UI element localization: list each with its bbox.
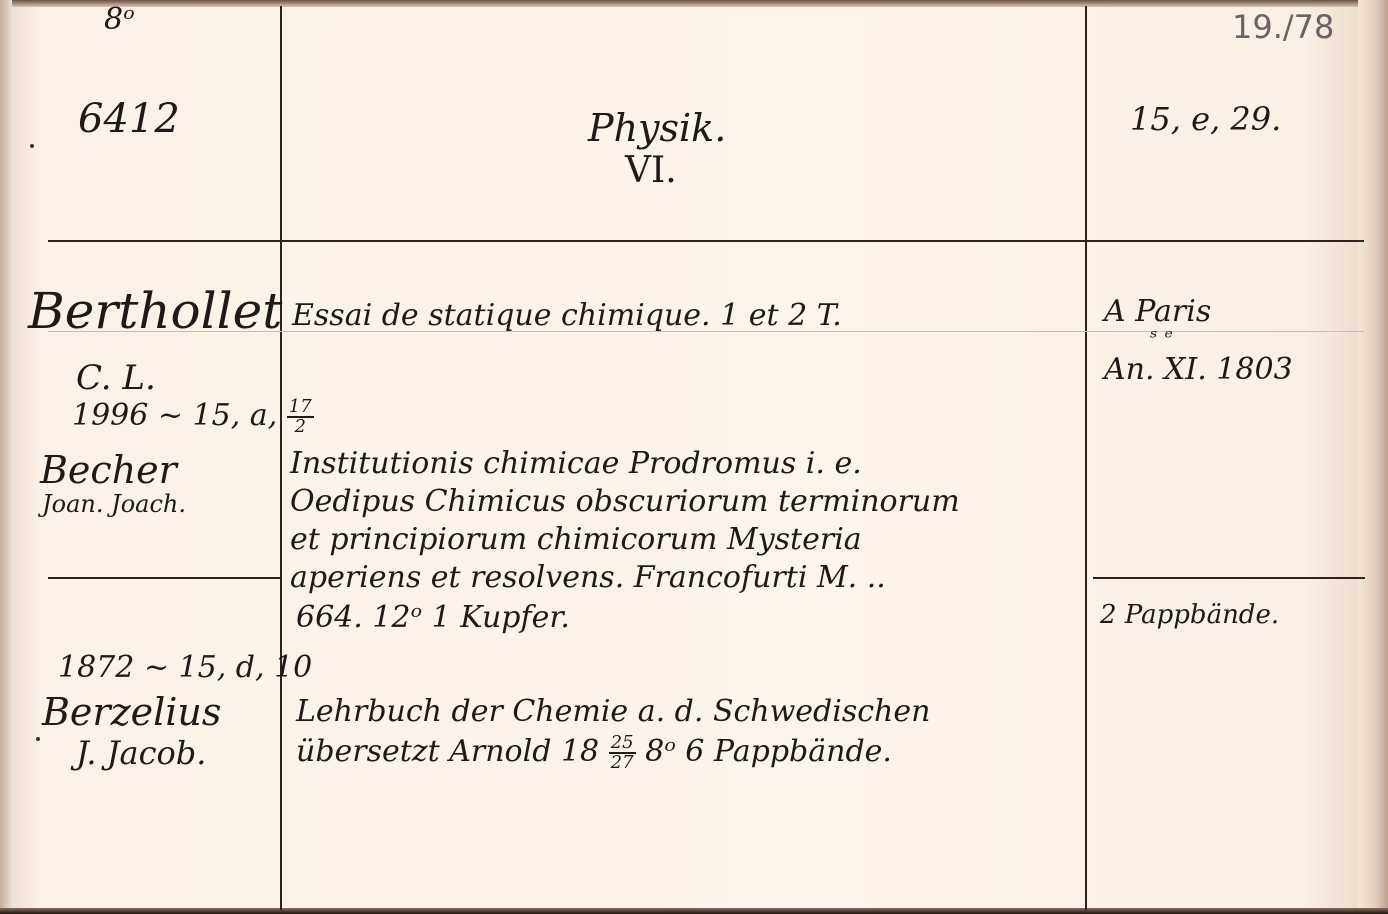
page-top-edge xyxy=(0,0,1388,7)
entry-shelf-ref: 1872 ~ 15, d, 10 xyxy=(58,650,312,685)
entry-title-line: Lehrbuch der Chemie a. d. Schwedischen xyxy=(296,694,930,729)
year-fraction: 25 27 xyxy=(609,734,636,772)
entry-title-line: aperiens et resolvens. Francofurti M. .. xyxy=(290,560,886,595)
column-divider-1 xyxy=(280,6,282,910)
entry-author-initials: J. Jacob. xyxy=(76,734,206,772)
fraction-numerator: 25 xyxy=(609,734,636,754)
entry-imprint-place: A Paris xyxy=(1104,294,1211,329)
call-number: 6412 xyxy=(78,96,180,142)
entry-author-initials: C. L. xyxy=(76,358,156,398)
fraction-numerator: 17 xyxy=(287,398,314,418)
shelf-ref-fraction: 17 2 xyxy=(287,398,314,436)
page-left-edge xyxy=(0,0,12,914)
shelf-ref-text: 1996 ~ 15, a, xyxy=(72,398,277,433)
fraction-denominator: 27 xyxy=(609,754,636,772)
entry-title-line: et principiorum chimicorum Mysteria xyxy=(290,522,862,557)
entry-author: Berthollet xyxy=(28,282,282,340)
entry-binding: 2 Pappbände. xyxy=(1100,600,1279,630)
entry-rule-left xyxy=(48,577,280,579)
header-row-rule xyxy=(48,240,1364,242)
entry-title-line: Institutionis chimicae Prodromus i. e. xyxy=(290,446,862,481)
ink-speck xyxy=(30,144,34,148)
entry-title: Essai de statique chimique. 1 et 2 T. xyxy=(292,298,842,333)
entry-title-line: 664. 12ᵒ 1 Kupfer. xyxy=(296,600,570,635)
entry-rule-right xyxy=(1093,577,1365,579)
pencil-reference: 19./78 xyxy=(1232,8,1334,46)
format-label: 8ᵒ xyxy=(104,2,135,37)
entry-shelf-ref: 1996 ~ 15, a, 17 2 xyxy=(72,398,314,436)
entry-title-line: Oedipus Chimicus obscuriorum terminorum xyxy=(290,484,960,519)
entry-author-initials: Joan. Joach. xyxy=(42,490,186,518)
title-line-text: 8ᵒ 6 Pappbände. xyxy=(645,734,892,769)
page-bottom-edge xyxy=(0,908,1388,914)
shelf-mark: 15, e, 29. xyxy=(1130,100,1281,138)
ink-speck xyxy=(36,737,40,741)
entry-imprint-date: An. XI. 1803 xyxy=(1104,352,1293,387)
column-divider-2 xyxy=(1085,6,1087,910)
catalog-card-page: 8ᵒ 6412 Physik. VI. 19./78 15, e, 29. Be… xyxy=(0,0,1388,914)
entry-author: Berzelius xyxy=(42,690,221,734)
page-right-edge xyxy=(1358,0,1388,914)
fraction-denominator: 2 xyxy=(287,418,314,436)
entry-author: Becher xyxy=(40,448,177,492)
entry-title-line: übersetzt Arnold 18 25 27 8ᵒ 6 Pappbände… xyxy=(296,734,892,772)
subject-section: VI. xyxy=(625,150,677,191)
title-line-text: übersetzt Arnold 18 xyxy=(296,734,599,769)
entry-imprint-marks: ˢ ᵉ xyxy=(1150,326,1173,351)
subject-label: Physik. xyxy=(588,106,726,150)
